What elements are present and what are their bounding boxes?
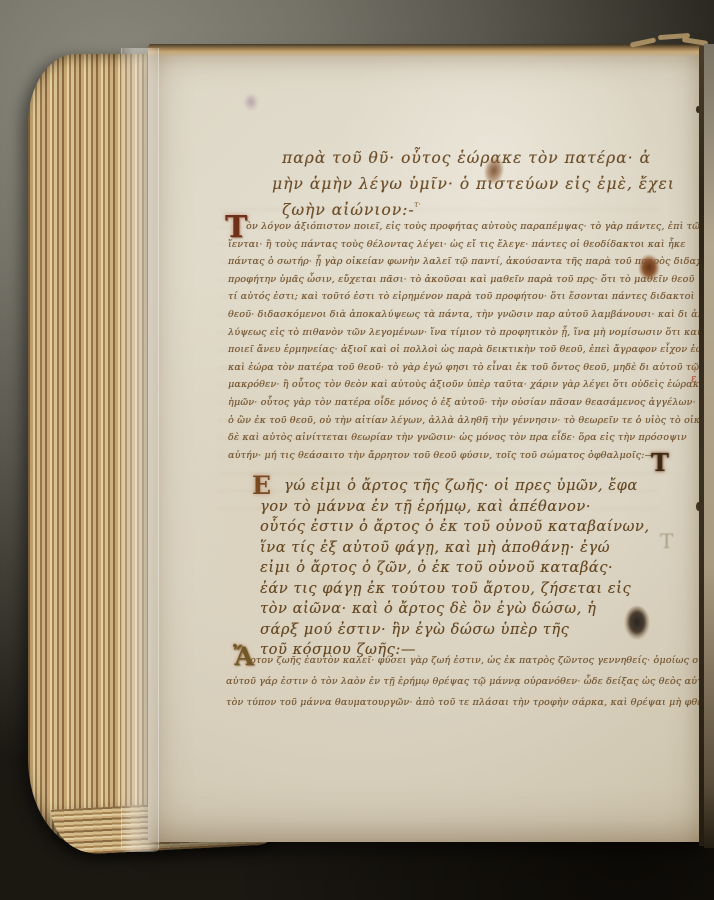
margin-mark-tau-bold: Τ [651,448,669,477]
marginal-siglum: τ· [414,200,421,209]
purple-stain [241,90,261,114]
red-marginal-letter: ε [691,372,697,385]
text-line: καὶ ἑώρα τὸν πατέρα τοῦ θεοῦ· τὸ γὰρ ἐγώ… [228,359,668,377]
brown-ink-blot [638,254,660,281]
adjacent-page-edge [704,44,714,848]
text-line: αὐτοῦ γάρ ἐστιν ὁ τὸν λαὸν ἐν τῇ ἐρήμῳ θ… [226,671,666,692]
text-line: μακρόθεν· ἢ οὗτος τὸν θεὸν καὶ αὐτοὺς ἀξ… [228,376,668,394]
dark-ink-blot [624,606,650,642]
text-line: ρτον ζωῆς ἑαυτὸν καλεῖ· φύσει γὰρ ζωή ἐσ… [226,650,666,671]
gospel-lemma-block: γώ εἰμι ὁ ἄρτος τῆς ζωῆς· οἱ πρες ὑμῶν, … [260,476,660,661]
text-line: προφήτην ὑμᾶς ὦσιν, εὔχεται πᾶσι· τὸ ἀκο… [228,271,668,289]
text-line: ἡμῶν· οὗτος γὰρ τὸν πατέρα οἶδε μόνος ὁ … [228,394,668,412]
text-line: σάρξ μού ἐστιν· ἣν ἐγὼ δώσω ὑπὲρ τῆς [260,620,660,641]
text-line: εἰμι ὁ ἄρτος ὁ ζῶν, ὁ ἐκ τοῦ οὐνοῦ καταβ… [260,558,660,579]
manuscript-photo: παρὰ τοῦ θῦ· οὗτος ἑώρακε τὸν πατέρα· ἀμ… [0,0,714,900]
text-line: αὐτήν· μή τις θεάσαιτο τὴν ἄρρητον τοῦ θ… [228,447,668,465]
text-line: μὴν ἀμὴν λέγω ὑμῖν· ὁ πιστεύων εἰς ἐμὲ, … [272,171,652,197]
text-line: ποιεῖ ἄνευ ἑρμηνείας· ἀξιοῖ καὶ οἱ πολλο… [228,341,668,359]
text-line: θεοῦ· διδασκόμενοι διὰ ἀποκαλύψεως τὰ πά… [228,306,668,324]
commentary-lower-block: ρτον ζωῆς ἑαυτὸν καλεῖ· φύσει γὰρ ζωή ἐσ… [226,650,666,713]
gospel-header-lines: παρὰ τοῦ θῦ· οὗτος ἑώρακε τὸν πατέρα· ἀμ… [272,145,652,223]
text-line: ὁ ὢν ἐκ τοῦ θεοῦ, οὐ τὴν αἰτίαν λέγων, ἀ… [228,412,668,430]
parchment-page: παρὰ τοῦ θῦ· οὗτος ἑώρακε τὸν πατέρα· ἀμ… [148,50,706,842]
text-line: γον τὸ μάννα ἐν τῇ ἐρήμῳ, καὶ ἀπέθανον· [260,497,660,518]
text-line: ἵενται· ἢ τοὺς πάντας τοὺς θέλοντας λέγε… [228,236,668,254]
margin-mark-tau-faint: Τ [660,529,673,553]
text-line: ἐάν τις φάγῃ ἐκ τούτου τοῦ ἄρτου, ζήσετα… [260,579,660,600]
text-line: δὲ καὶ αὐτὸς αἰνίττεται θεωρίαν τὴν γνῶσ… [228,429,668,447]
commentary-upper-block: ὸν λόγον ἀξιόπιστον ποιεῖ, εἰς τοὺς προφ… [228,218,668,464]
text-line: τί αὐτός ἐστι; καὶ τοῦτό ἐστι τὸ εἰρημέν… [228,288,668,306]
text-line: λύψεως εἰς τὸ πιθανὸν τῶν λεγομένων· ἵνα… [228,324,668,342]
holding-strap [121,48,159,852]
text-line: ὸν λόγον ἀξιόπιστον ποιεῖ, εἰς τοὺς προφ… [228,218,668,236]
text-line: πάντας ὁ σωτήρ· ᾗ γὰρ οἰκείαν φωνὴν λαλε… [228,253,668,271]
page-top-edge [148,44,706,57]
text-line: παρὰ τοῦ θῦ· οὗτος ἑώρακε τὸν πατέρα· ἀ [272,145,652,171]
text-line: τὸν αἰῶνα· καὶ ὁ ἄρτος δὲ ὃν ἐγὼ δώσω, ἡ [260,599,660,620]
text-line: ἵνα τίς ἐξ αὐτοῦ φάγῃ, καὶ μὴ ἀποθάνῃ· ἐ… [260,538,660,559]
text-line: τὸν τύπον τοῦ μάννα θαυματουργῶν· ἀπὸ το… [226,692,666,713]
text-line: οὗτός ἐστιν ὁ ἄρτος ὁ ἐκ τοῦ οὐνοῦ καταβ… [260,517,660,538]
text-line: γώ εἰμι ὁ ἄρτος τῆς ζωῆς· οἱ πρες ὑμῶν, … [260,476,660,497]
